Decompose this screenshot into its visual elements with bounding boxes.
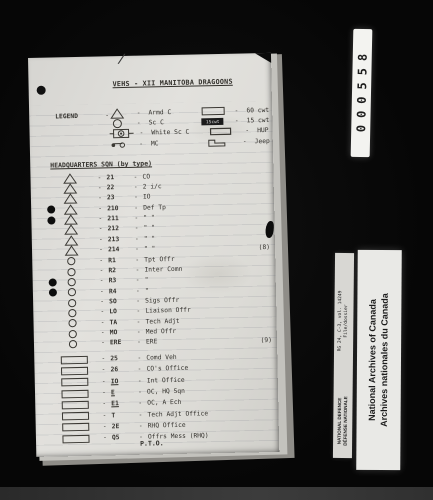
legend: LEGEND - - Armd C - 60 cwt - Sc C 15cwt	[43, 105, 270, 151]
callsign-code: 213	[108, 236, 130, 243]
dash: -	[133, 400, 147, 407]
page-title: VEHS - XII MANITOBA DRAGOONS	[112, 78, 232, 89]
ink-dot	[49, 278, 57, 286]
rect-vehicle-icon	[60, 366, 96, 377]
row-dot-cell	[45, 206, 57, 214]
circle-icon	[59, 287, 95, 298]
callsign-code: 22	[107, 184, 129, 191]
section-heading: HEADQUARTERS SQN (by type)	[50, 157, 276, 170]
dash: -	[97, 401, 111, 408]
dash: -	[95, 309, 109, 316]
rect-vehicle-icon	[61, 377, 97, 388]
rect-vehicle-icon	[61, 399, 97, 410]
dash: -	[97, 412, 111, 419]
callsign-code: R2	[108, 267, 130, 274]
pen-tick-mark: /	[117, 52, 127, 68]
legend-label: White Sc C	[143, 129, 209, 137]
dash: -	[133, 411, 147, 418]
dash: -	[132, 366, 146, 373]
hq-rows: - 21 - CO - 22 - 2 i/c	[44, 169, 278, 257]
dash: -	[93, 195, 107, 202]
dash: -	[95, 319, 109, 326]
callsign-code: 25	[110, 355, 132, 362]
dash: -	[133, 377, 147, 384]
film-edge-band	[0, 487, 433, 500]
callsign-code: IO	[111, 378, 133, 385]
white-sc-icon	[110, 128, 140, 140]
dash: -	[130, 256, 144, 263]
dash: -	[131, 318, 145, 325]
callsign-code: R1	[108, 257, 130, 264]
row-dot-cell	[47, 289, 59, 297]
circle-icon	[60, 339, 96, 350]
defence-label-text: NATIONAL DEFENCE DÉFENSE NATIONALE	[336, 396, 349, 446]
jeep-shape-icon	[208, 137, 243, 148]
role-description: Comd Veh	[146, 352, 280, 362]
ink-dot	[49, 289, 57, 297]
callsign-code: R4	[109, 288, 131, 295]
dash: -	[95, 298, 109, 305]
archives-name-en: National Archives of Canada	[367, 293, 380, 427]
legend-separator: -	[105, 112, 109, 119]
callsign-code: E1	[111, 400, 133, 407]
dash: -	[96, 367, 110, 374]
rect-vehicle-icon	[62, 433, 98, 444]
row-dot-cell	[46, 226, 58, 234]
dash: -	[133, 389, 147, 396]
dash: -	[96, 355, 110, 362]
callsign-code: E	[111, 389, 133, 396]
legend-label: 15 cwt	[239, 117, 270, 125]
rect-vehicle-icon	[61, 388, 97, 399]
dash: -	[130, 225, 144, 232]
dash: -	[97, 378, 111, 385]
rect-15cwt-icon: 15cwt	[202, 118, 235, 126]
dash: -	[132, 329, 146, 336]
role-description: OC, A Ech	[147, 397, 281, 407]
hup-rect-icon	[209, 127, 245, 137]
row-dot-cell	[45, 216, 57, 224]
microfilm-frame: / VEHS - XII MANITOBA DRAGOONS LEGEND - …	[0, 0, 433, 500]
national-defence-fr: DÉFENSE NATIONALE	[343, 396, 350, 446]
callsign-code: MO	[110, 329, 132, 336]
dash: -	[132, 339, 146, 346]
frame-counter-strip: 000558	[351, 29, 373, 157]
legend-label: HUP	[249, 127, 270, 134]
role-description: OC, HQ Sqn	[147, 386, 281, 396]
dash: -	[94, 246, 108, 253]
reference-label-text: RG 24, C-3, vol. 14249 File/dossier	[337, 291, 350, 352]
row-dot-cell	[46, 247, 58, 255]
dash: -	[128, 173, 142, 180]
callsign-code: 2E	[112, 423, 134, 430]
dash: -	[94, 236, 108, 243]
legend-label: Sc C	[141, 118, 202, 126]
legend-label: Armd C	[140, 108, 201, 116]
callsign-code: 214	[108, 246, 130, 253]
circle-icon	[59, 318, 95, 329]
row-dot-cell	[45, 185, 57, 193]
role-description: Offrs Mess (RHQ)	[148, 431, 282, 441]
dash: -	[131, 308, 145, 315]
circle-icon	[59, 308, 95, 319]
circle-icon	[59, 277, 95, 288]
rect-15cwt-inner-label: 15cwt	[202, 118, 224, 125]
callsign-code: ERE	[110, 339, 132, 346]
triangle-icon	[58, 245, 94, 257]
reference-label-strip: RG 24, C-3, vol. 14249 File/dossier NATI…	[333, 253, 354, 458]
frame-counter-digits: 000558	[354, 47, 370, 140]
ink-dot	[47, 216, 55, 224]
callsign-code: 23	[107, 194, 129, 201]
callsign-code: 21	[106, 174, 128, 181]
officers-rows: - R1 - Tpt Offr - R2 - Inter Comn	[46, 252, 280, 350]
row-dot-cell	[47, 278, 59, 286]
count-note: (8)	[259, 244, 271, 251]
callsign-code: SO	[109, 298, 131, 305]
callsign-code: 211	[107, 215, 129, 222]
dash: -	[95, 288, 109, 295]
dash: -	[96, 340, 110, 347]
dash: -	[129, 184, 143, 191]
row-dot-cell	[48, 340, 60, 348]
pto-note: P.T.O.	[140, 439, 164, 447]
ink-dot	[47, 206, 55, 214]
dash: -	[92, 174, 106, 181]
dash: -	[129, 204, 143, 211]
dash: -	[131, 287, 145, 294]
dash: -	[129, 215, 143, 222]
legend-label: 60 cwt	[238, 107, 269, 115]
circle-icon	[60, 328, 96, 339]
circle-icon	[58, 266, 94, 277]
row-dot-cell	[46, 237, 58, 245]
legend-label: MC	[143, 139, 208, 147]
callsign-code: TA	[109, 319, 131, 326]
dash: -	[96, 329, 110, 336]
dash: -	[93, 205, 107, 212]
callsign-code: T	[111, 411, 133, 418]
dash: -	[97, 389, 111, 396]
callsign-code: 26	[110, 366, 132, 373]
row-dot-cell	[48, 330, 60, 338]
circle-icon	[58, 256, 94, 267]
punch-hole-mark	[37, 86, 46, 95]
callsign-code: R3	[109, 277, 131, 284]
count-note: (9)	[261, 337, 273, 344]
dash: -	[130, 235, 144, 242]
dash: -	[93, 215, 107, 222]
dash: -	[134, 422, 148, 429]
file-dossier-label: File/dossier	[344, 291, 351, 352]
callsign-code: 212	[108, 225, 130, 232]
row-dot-cell	[46, 258, 58, 266]
section-headquarters-sqn: HEADQUARTERS SQN (by type) - 21 - CO	[44, 157, 278, 257]
dash: -	[98, 423, 112, 430]
row-dot-cell	[44, 175, 56, 183]
rect-60cwt-icon	[202, 106, 235, 117]
dash: -	[130, 267, 144, 274]
row-dot-cell	[47, 320, 59, 328]
dash: -	[94, 226, 108, 233]
dash: -	[95, 278, 109, 285]
section-officers: - R1 - Tpt Offr - R2 - Inter Comn	[46, 252, 280, 350]
circle-icon	[59, 297, 95, 308]
section-vehicles: - 25 - Comd Veh - 26 - CO's Office	[48, 350, 282, 445]
role-description: RHQ Office	[148, 420, 282, 430]
dash: -	[131, 298, 145, 305]
callsign-code: LO	[109, 308, 131, 315]
rect-vehicle-icon	[62, 422, 98, 433]
legend-title: LEGEND	[55, 113, 78, 120]
row-dot-cell	[47, 309, 59, 317]
rect-vehicle-icon	[60, 354, 96, 365]
dash: -	[132, 355, 146, 362]
dash: -	[131, 277, 145, 284]
callsign-code: Q5	[112, 434, 134, 441]
dash: -	[129, 194, 143, 201]
archives-label-strip: National Archives of Canada Archives nat…	[356, 250, 402, 470]
role-description: Tech Adjt Office	[147, 408, 281, 418]
row-dot-cell	[47, 299, 59, 307]
vehicles-rows: - 25 - Comd Veh - 26 - CO's Office	[48, 350, 282, 445]
scanned-document-page: / VEHS - XII MANITOBA DRAGOONS LEGEND - …	[28, 53, 279, 457]
dash: -	[98, 435, 112, 442]
callsign-code: 210	[107, 205, 129, 212]
motorcycle-icon	[110, 140, 140, 150]
row-dot-cell	[45, 195, 57, 203]
archives-name-fr: Archives nationales du Canada	[379, 293, 392, 427]
dash: -	[94, 257, 108, 264]
rect-vehicle-icon	[61, 411, 97, 422]
role-description: Int Office	[147, 375, 281, 385]
dash: -	[94, 267, 108, 274]
dash: -	[130, 246, 144, 253]
role-description: CO's Office	[146, 363, 280, 373]
row-dot-cell	[46, 268, 58, 276]
dash: -	[93, 184, 107, 191]
legend-label: Jeep	[247, 138, 270, 145]
archives-label-text: National Archives of Canada Archives nat…	[367, 293, 391, 427]
